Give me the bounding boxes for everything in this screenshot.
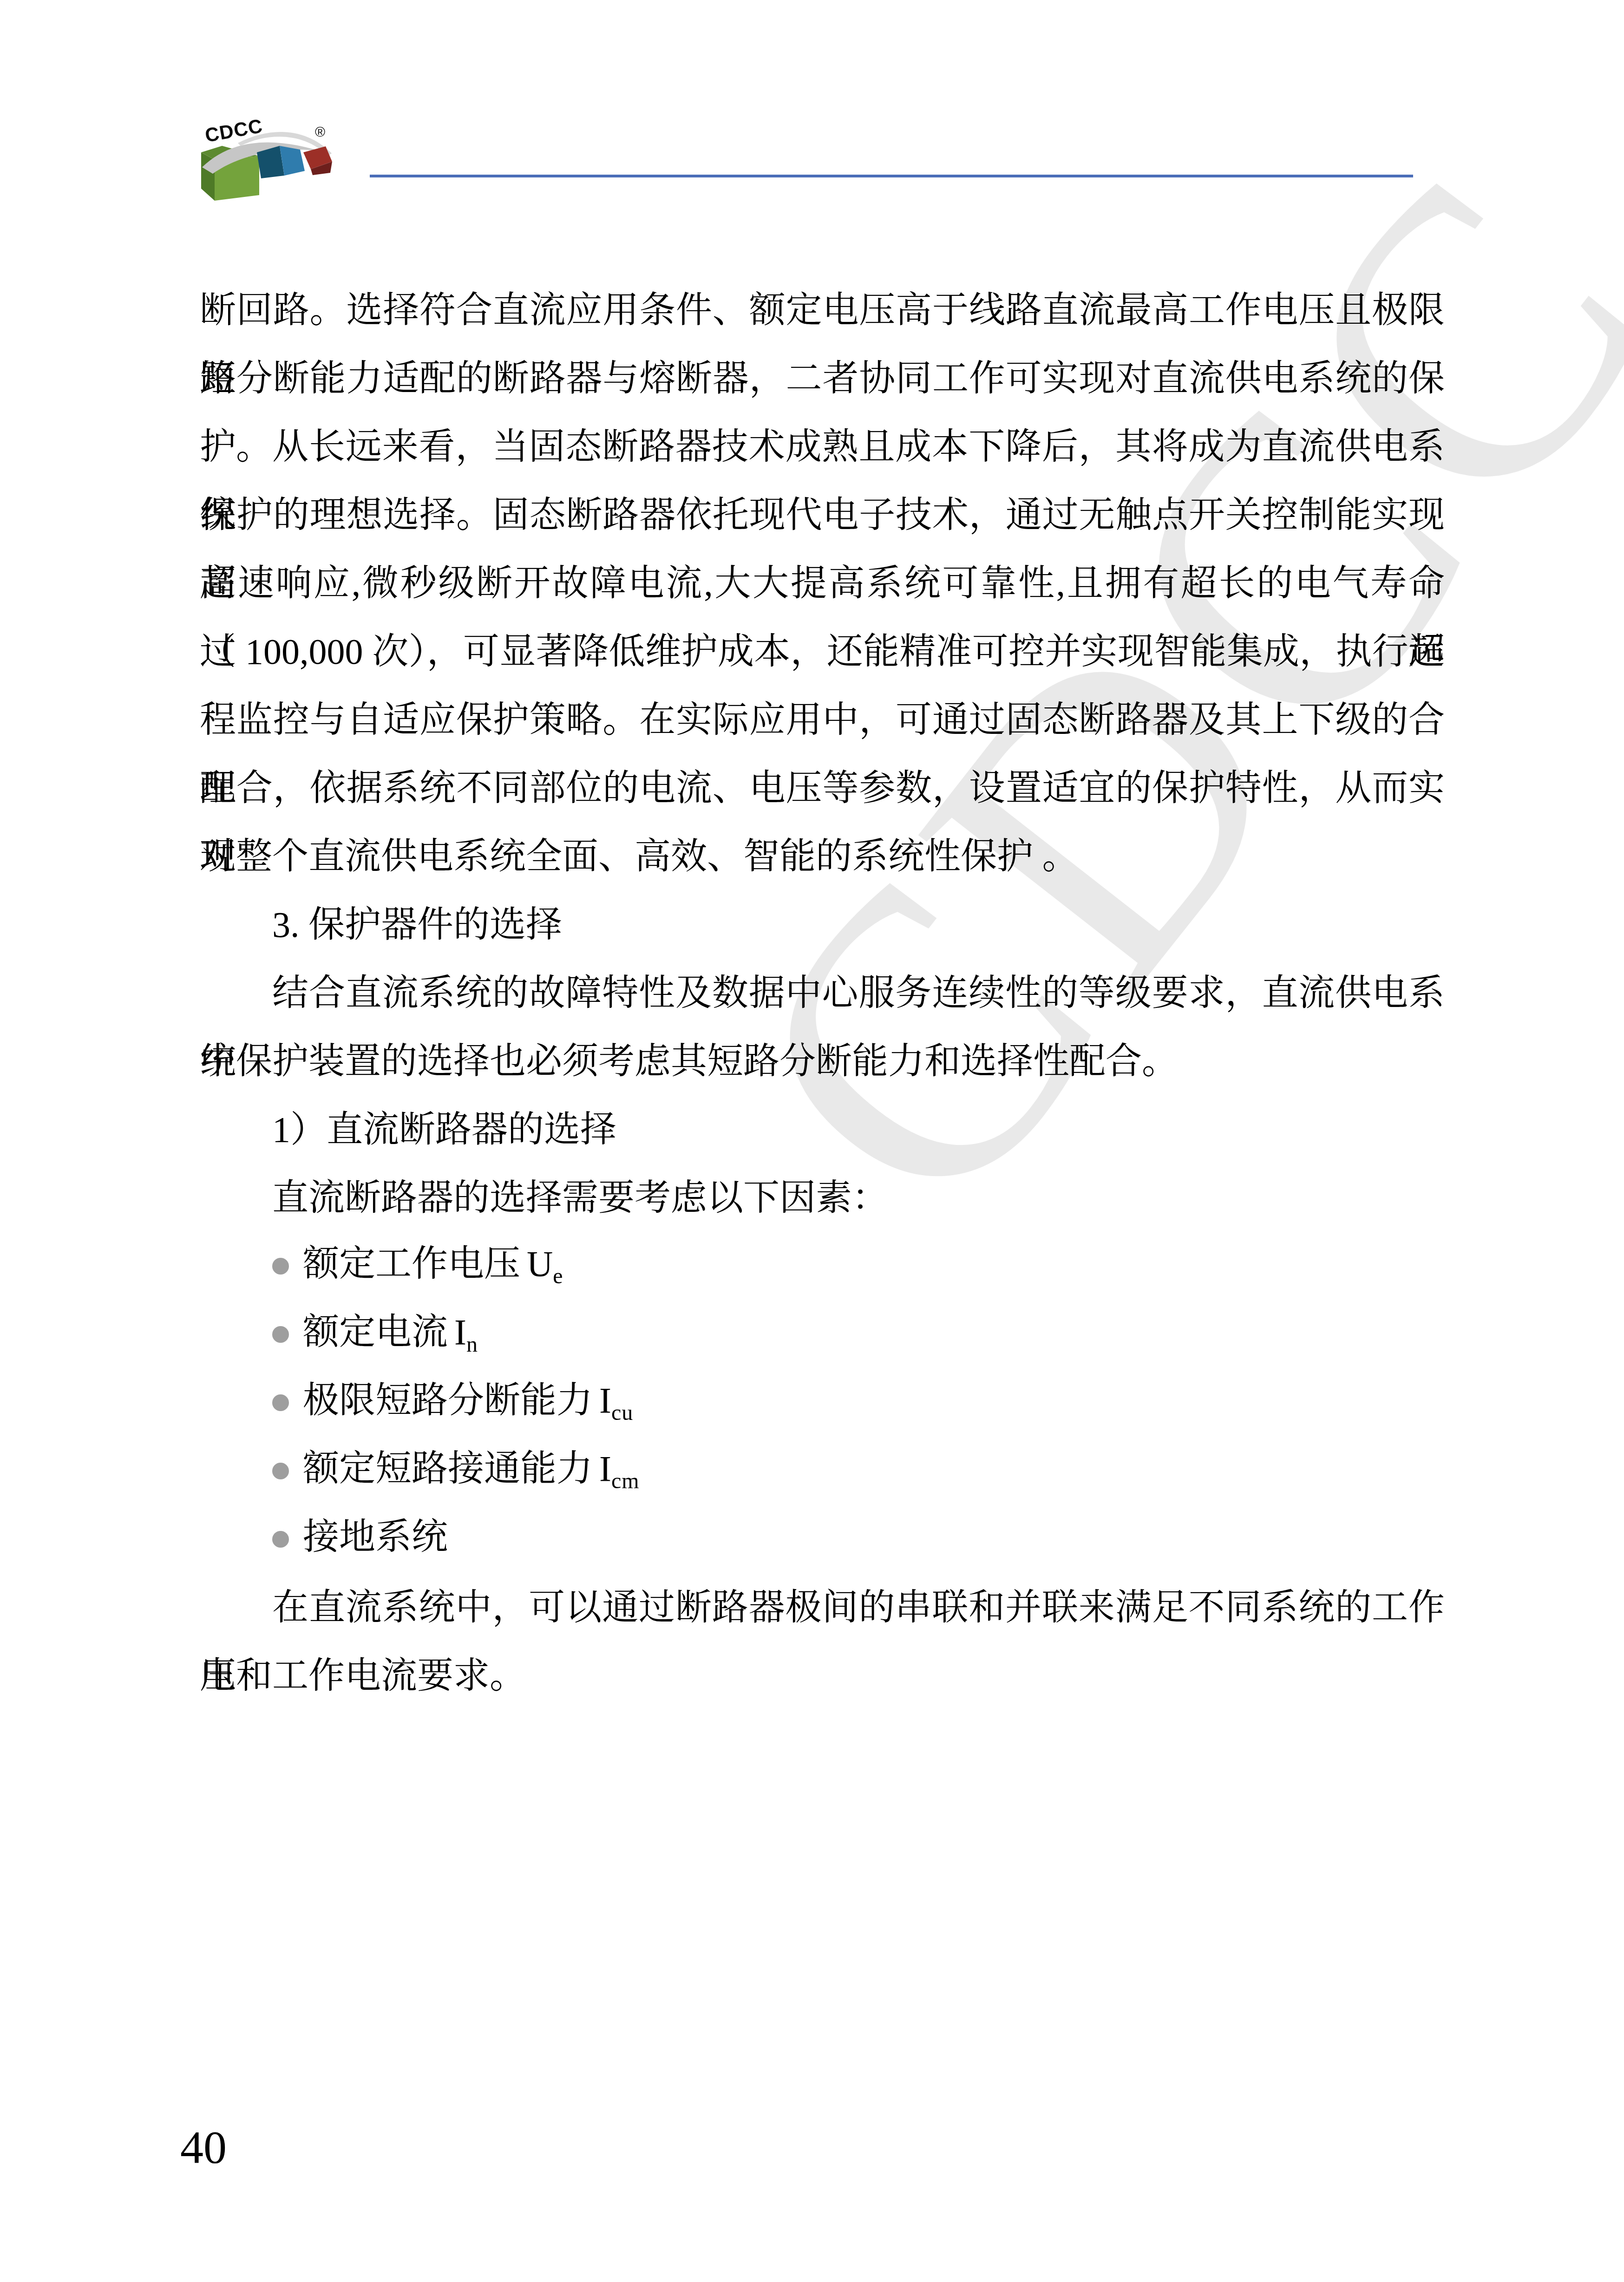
quantity-symbol: I <box>599 1380 611 1420</box>
text-line: 过 100,000 次），可显著降低维护成本，还能精准可控并实现智能集成，执行远 <box>200 617 1445 686</box>
bullet-icon <box>272 1531 289 1548</box>
page-number: 40 <box>180 2122 227 2173</box>
list-item-label: 额定电流 <box>303 1312 448 1352</box>
text-line: 程监控与自适应保护策略。在实际应用中，可通过固态断路器及其上下级的合理 <box>200 686 1445 754</box>
list-item-label: 极限短路分断能力 <box>303 1380 593 1420</box>
bullet-icon <box>272 1258 289 1275</box>
list-item-label: 接地系统 <box>303 1517 448 1557</box>
text-line: 从长远来看，当固态断路器技术成熟且成本下降后，其将成为直流供电系统 <box>200 412 1445 481</box>
quantity-symbol: I <box>599 1448 611 1489</box>
list-item-label: 额定短路接通能力 <box>303 1448 593 1489</box>
bullet-icon <box>272 1394 289 1411</box>
text-line: 对整个直流供电系统全面、高效、智能的系统性保护 。 <box>200 822 1445 890</box>
list-item-label: 额定工作电压 <box>303 1243 520 1284</box>
text-line: 断回路。选择符合直流应用条件、额定电压高于线路直流最高工作电压且极限短 <box>200 276 1445 344</box>
bullet-icon <box>272 1463 289 1479</box>
quantity-subscript: e <box>553 1264 563 1288</box>
list-item: 额定电流In <box>200 1300 1445 1368</box>
bullet-icon <box>272 1326 289 1343</box>
quantity-subscript: cu <box>611 1400 633 1425</box>
list-item: 极限短路分断能力Icu <box>200 1368 1445 1437</box>
text-line: 配合，依据系统不同部位的电流、电压等参数，设置适宜的保护特性，从而实现 <box>200 754 1445 822</box>
header-rule <box>370 175 1413 177</box>
text-line: 直流断路器的选择需要考虑以下因素： <box>200 1164 1445 1232</box>
cdcc-logo: CDCC ® <box>195 117 340 210</box>
quantity-symbol: I <box>454 1312 466 1352</box>
quantity-symbol: U <box>527 1243 553 1284</box>
text-line: 中保护装置的选择也必须考虑其短路分断能力和选择性配合。 <box>200 1027 1445 1095</box>
quantity-subscript: n <box>466 1332 478 1357</box>
text-line: 结合直流系统的故障特性及数据中心服务连续性的等级要求，直流供电系统 <box>200 959 1445 1027</box>
text-line: 保护的理想选择。固态断路器依托现代电子技术，通过无触点开关控制能实现超 <box>200 481 1445 549</box>
text-line: 高速响应,微秒级断开故障电流,大大提高系统可靠性,且拥有超长的电气寿命（超 <box>200 549 1445 617</box>
subsection-heading: 1）直流断路器的选择 <box>200 1095 1445 1164</box>
section-heading: 3. 保护器件的选择 <box>200 890 1445 959</box>
text-line: 压和工作电流要求。 <box>200 1641 1445 1710</box>
document-page: { "header": { "logo": { "text": "CDCC", … <box>0 0 1624 2282</box>
list-item: 额定工作电压Ue <box>200 1232 1445 1300</box>
page-content: 断回路。选择符合直流应用条件、额定电压高于线路直流最高工作电压且极限短 路分断能… <box>200 276 1445 1710</box>
text-line: 在直流系统中，可以通过断路器极间的串联和并联来满足不同系统的工作电 <box>200 1573 1445 1641</box>
registered-trademark-icon: ® <box>315 124 325 140</box>
quantity-subscript: cm <box>611 1469 640 1493</box>
list-item: 接地系统 <box>200 1505 1445 1573</box>
text-line: 路分断能力适配的断路器与熔断器，二者协同工作可实现对直流供电系统的保护。 <box>200 344 1445 412</box>
list-item: 额定短路接通能力Icm <box>200 1437 1445 1505</box>
